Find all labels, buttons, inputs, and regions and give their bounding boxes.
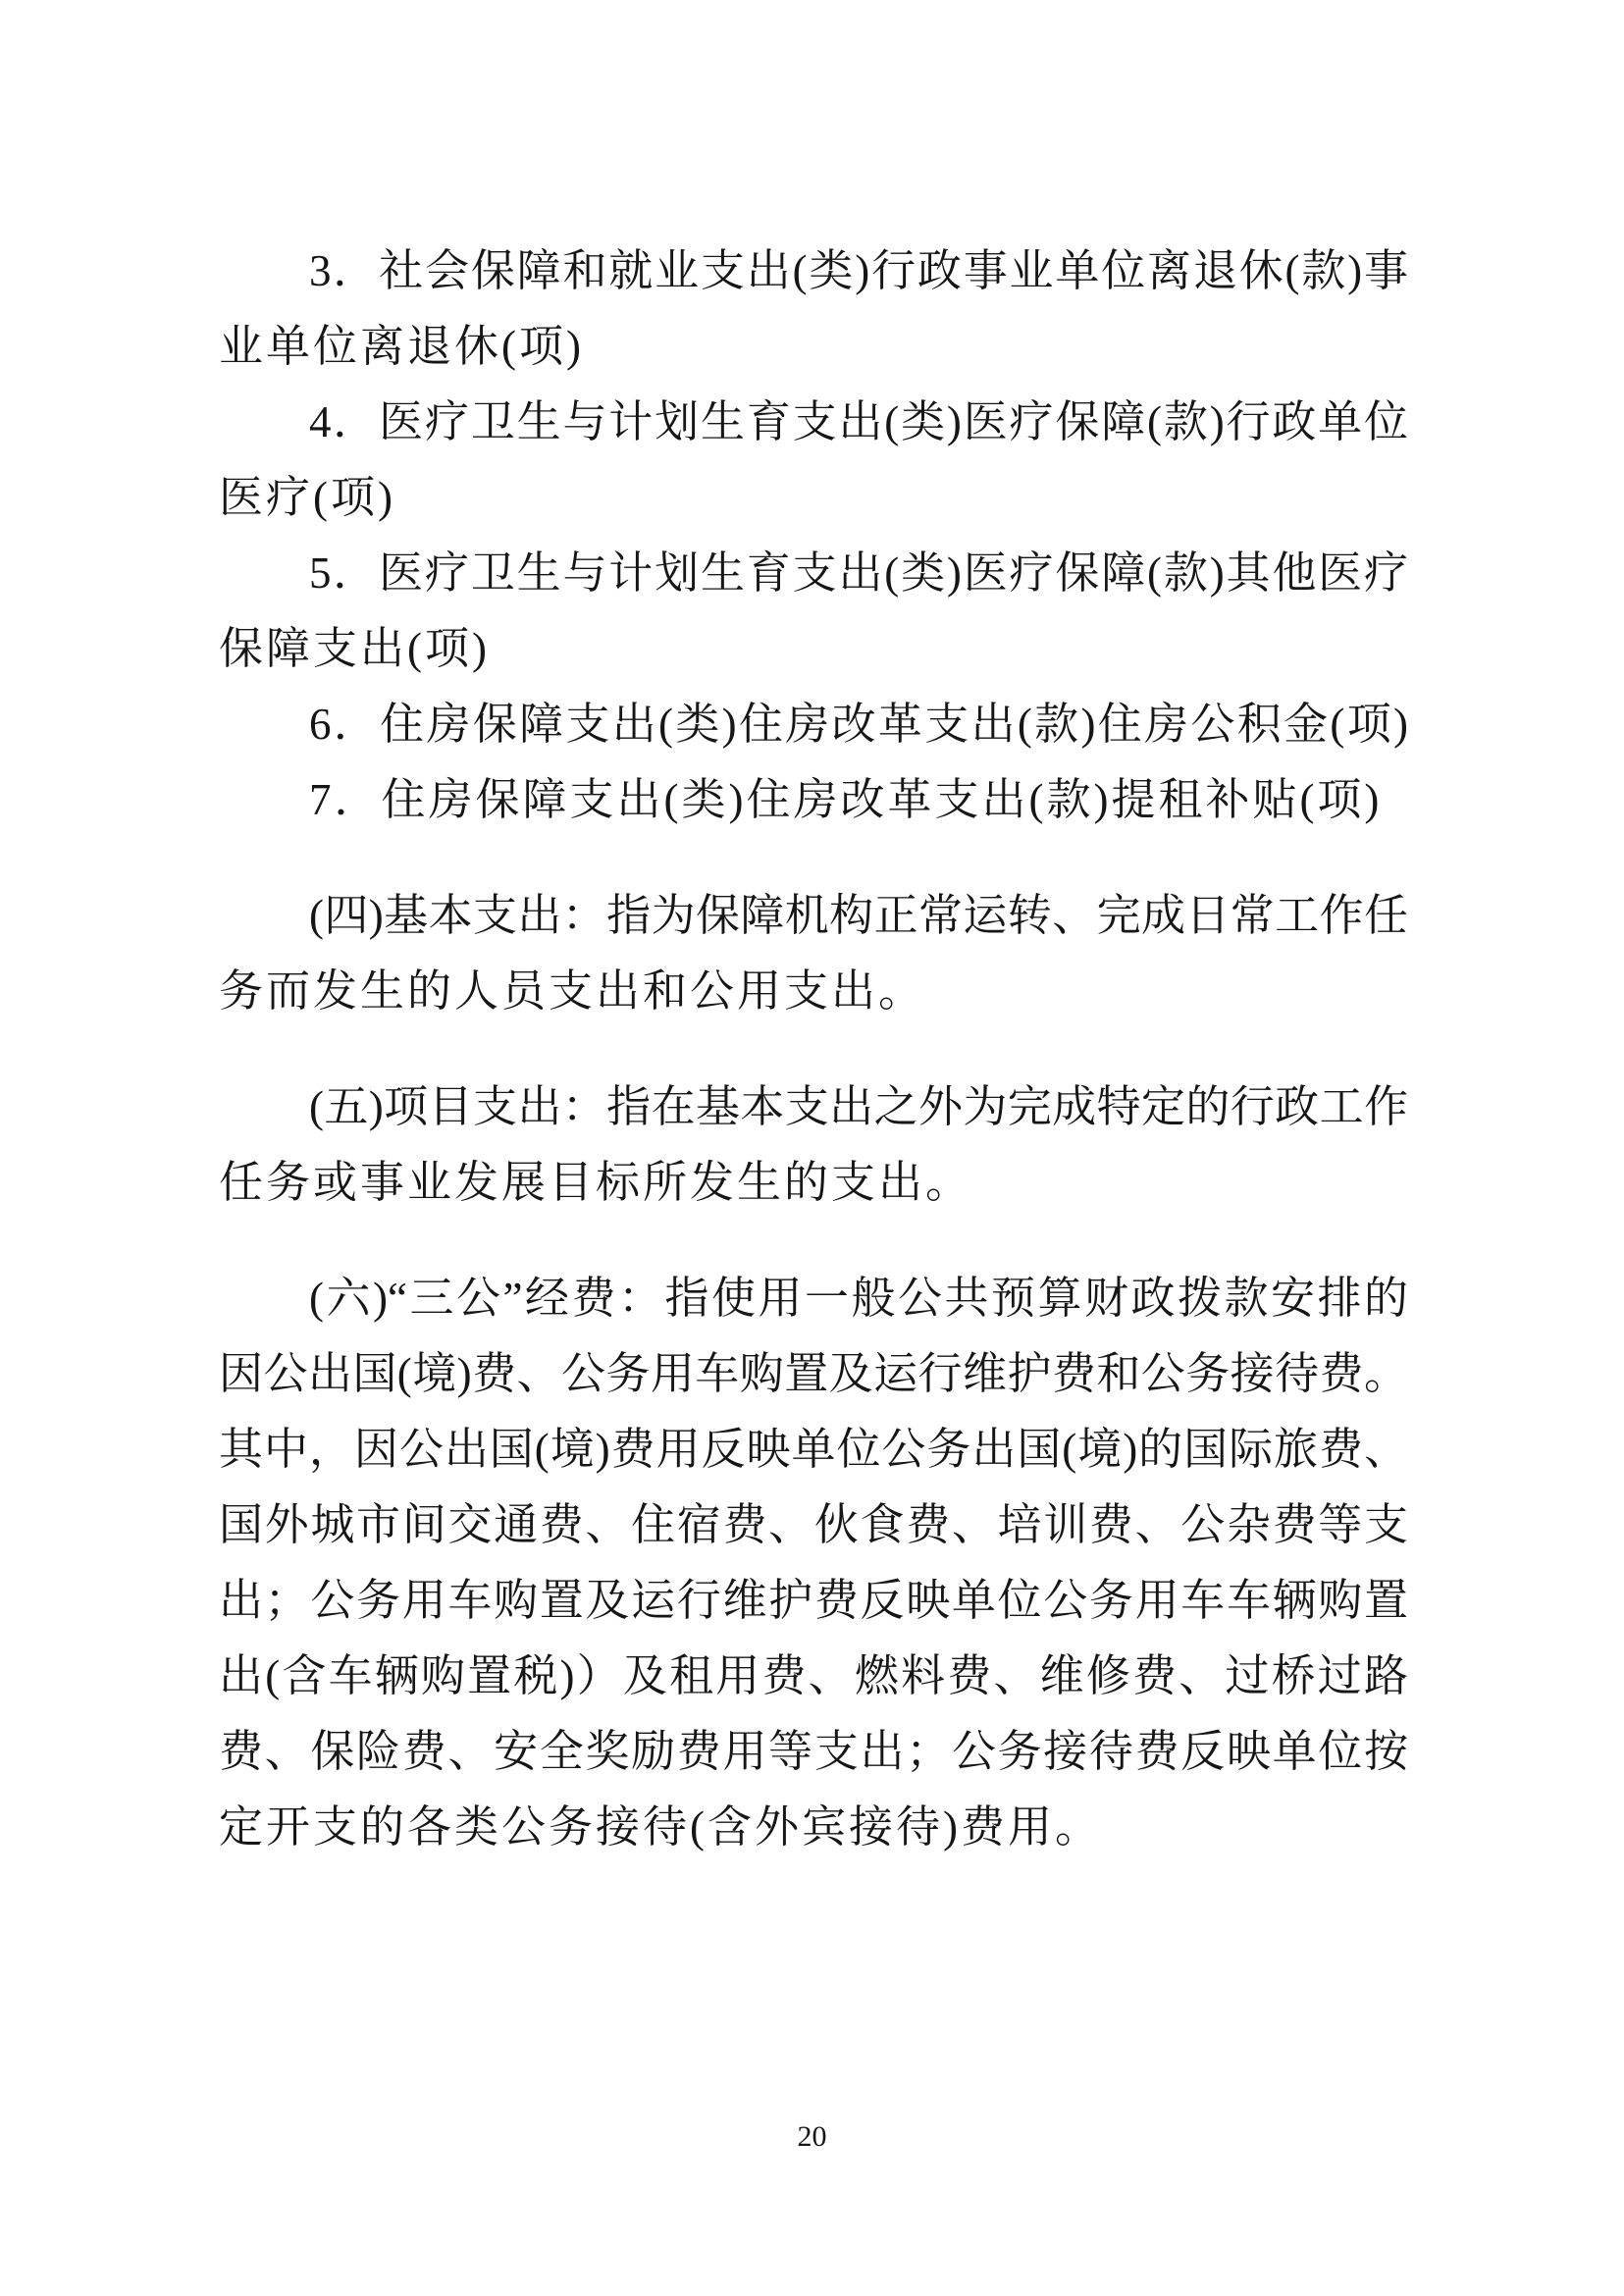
- text-line: 国外城市间交通费、住宿费、伙食费、培训费、公杂费等支: [219, 1487, 1408, 1563]
- text-line: 出；公务用车购置及运行维护费反映单位公务用车车辆购置支: [219, 1563, 1408, 1639]
- text-line: 7．住房保障支出(类)住房改革支出(款)提租补贴(项): [219, 762, 1408, 838]
- text-line: 业单位离退休(项): [219, 309, 1408, 385]
- text-line: 4．医疗卫生与计划生育支出(类)医疗保障(款)行政单位: [219, 385, 1408, 460]
- text-line: 6．住房保障支出(类)住房改革支出(款)住房公积金(项): [219, 687, 1408, 762]
- text-line: 其中，因公出国(境)费用反映单位公务出国(境)的国际旅费、: [219, 1412, 1408, 1487]
- paragraph: (四)基本支出：指为保障机构正常运转、完成日常工作任务而发生的人员支出和公用支出…: [219, 878, 1408, 1029]
- text-line: 定开支的各类公务接待(含外宾接待)费用。: [219, 1790, 1408, 1865]
- document-page: 3．社会保障和就业支出(类)行政事业单位离退休(款)事业单位离退休(项)4．医疗…: [0, 0, 1624, 2296]
- paragraph: 7．住房保障支出(类)住房改革支出(款)提租补贴(项): [219, 762, 1408, 838]
- text-line: 任务或事业发展目标所发生的支出。: [219, 1145, 1408, 1221]
- document-body: 3．社会保障和就业支出(类)行政事业单位离退休(款)事业单位离退休(项)4．医疗…: [219, 234, 1408, 1865]
- text-line: 费、保险费、安全奖励费用等支出；公务接待费反映单位按规: [219, 1714, 1408, 1790]
- text-line: (六)“三公”经费：指使用一般公共预算财政拨款安排的: [219, 1261, 1408, 1336]
- text-line: 出(含车辆购置税)）及租用费、燃料费、维修费、过桥过路: [219, 1639, 1408, 1714]
- text-line: (四)基本支出：指为保障机构正常运转、完成日常工作任: [219, 878, 1408, 954]
- paragraph: (六)“三公”经费：指使用一般公共预算财政拨款安排的因公出国(境)费、公务用车购…: [219, 1261, 1408, 1865]
- text-line: 因公出国(境)费、公务用车购置及运行维护费和公务接待费。: [219, 1336, 1408, 1412]
- text-line: (五)项目支出：指在基本支出之外为完成特定的行政工作: [219, 1070, 1408, 1145]
- paragraph: 6．住房保障支出(类)住房改革支出(款)住房公积金(项): [219, 687, 1408, 762]
- paragraph: (五)项目支出：指在基本支出之外为完成特定的行政工作任务或事业发展目标所发生的支…: [219, 1070, 1408, 1221]
- page-number: 20: [0, 2117, 1624, 2157]
- paragraph: 5．医疗卫生与计划生育支出(类)医疗保障(款)其他医疗保障支出(项): [219, 536, 1408, 687]
- paragraph: 4．医疗卫生与计划生育支出(类)医疗保障(款)行政单位医疗(项): [219, 385, 1408, 536]
- text-line: 3．社会保障和就业支出(类)行政事业单位离退休(款)事: [219, 234, 1408, 309]
- text-line: 医疗(项): [219, 460, 1408, 536]
- text-line: 5．医疗卫生与计划生育支出(类)医疗保障(款)其他医疗: [219, 536, 1408, 611]
- text-line: 务而发生的人员支出和公用支出。: [219, 954, 1408, 1029]
- text-line: 保障支出(项): [219, 611, 1408, 687]
- paragraph: 3．社会保障和就业支出(类)行政事业单位离退休(款)事业单位离退休(项): [219, 234, 1408, 385]
